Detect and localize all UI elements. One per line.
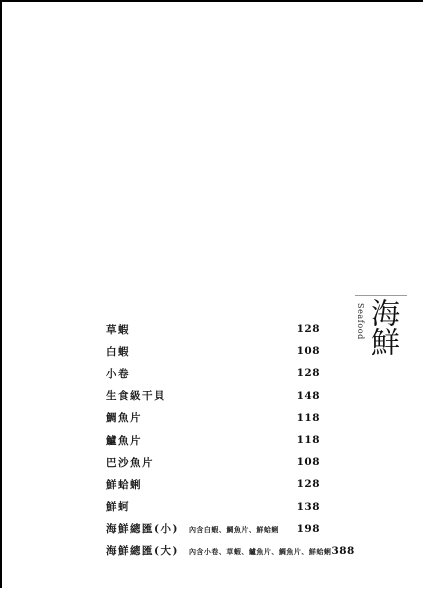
menu-item: 小卷 [106,366,130,381]
menu-item: 巴沙魚片 [106,455,154,470]
page-left-edge-line [0,0,2,588]
menu-item-price: 138 [297,501,320,513]
menu-item: 鮮蛤蜊 [106,477,142,492]
menu-item-row: 巴沙魚片 108 [106,451,320,473]
menu-item-price: 108 [297,456,320,468]
menu-item-row: 小卷 128 [106,362,320,384]
menu-item: 鯛魚片 [106,410,142,425]
menu-item-row: 海鮮總匯(小) 內含白蝦、鯛魚片、鮮蛤蜊 198 [106,518,320,540]
menu-item-row: 海鮮總匯(大) 內含小卷、草蝦、鱸魚片、鯛魚片、鮮蛤蜊 388 [106,540,320,562]
menu-item-row: 鱸魚片 118 [106,429,320,451]
menu-item-name: 草蝦 [106,322,130,337]
menu-item-name: 鱸魚片 [106,433,142,448]
menu-item-price: 128 [297,478,320,490]
menu-item: 鮮蚵 [106,499,130,514]
menu-item-name: 鮮蚵 [106,499,130,514]
section-subtitle: Seafood [355,298,365,356]
menu-item: 海鮮總匯(小) 內含白蝦、鯛魚片、鮮蛤蜊 [106,521,279,536]
menu-item: 生食級干貝 [106,388,166,403]
menu-item-row: 白蝦 108 [106,340,320,362]
menu-item-name: 小卷 [106,366,130,381]
menu-item: 草蝦 [106,322,130,337]
menu-item-row: 鮮蚵 138 [106,496,320,518]
menu-item-name: 生食級干貝 [106,388,166,403]
section-divider-rule [355,295,407,296]
menu-item-name: 海鮮總匯(大) [106,543,179,558]
menu-item-price: 128 [297,367,320,379]
menu-list: 草蝦 128 白蝦 108 小卷 128 生食級干貝 148 鯛 [106,318,320,562]
menu-item-name: 海鮮總匯(小) [106,521,179,536]
menu-item-price: 198 [297,523,320,535]
section-header: Seafood 海鮮 [355,295,411,356]
menu-item-row: 鯛魚片 118 [106,407,320,429]
menu-item-name: 鯛魚片 [106,410,142,425]
menu-item-note: 內含白蝦、鯛魚片、鮮蛤蜊 [189,525,279,535]
menu-item: 鱸魚片 [106,433,142,448]
menu-item: 白蝦 [106,344,130,359]
menu-item-price: 108 [297,345,320,357]
page-top-edge-line [0,0,423,2]
menu-item-price: 118 [297,412,320,424]
menu-item-row: 草蝦 128 [106,318,320,340]
menu-item: 海鮮總匯(大) 內含小卷、草蝦、鱸魚片、鯛魚片、鮮蛤蜊 [106,543,331,558]
menu-item-row: 生食級干貝 148 [106,385,320,407]
menu-item-price: 148 [297,390,320,402]
menu-item-price: 118 [297,434,320,446]
menu-item-name: 巴沙魚片 [106,455,154,470]
section-title: 海鮮 [369,298,398,356]
menu-item-name: 鮮蛤蜊 [106,477,142,492]
menu-item-price: 388 [331,545,354,557]
section-title-block: Seafood 海鮮 [355,298,411,356]
menu-item-note: 內含小卷、草蝦、鱸魚片、鯛魚片、鮮蛤蜊 [189,547,332,557]
menu-item-name: 白蝦 [106,344,130,359]
menu-item-row: 鮮蛤蜊 128 [106,473,320,495]
menu-item-price: 128 [297,323,320,335]
